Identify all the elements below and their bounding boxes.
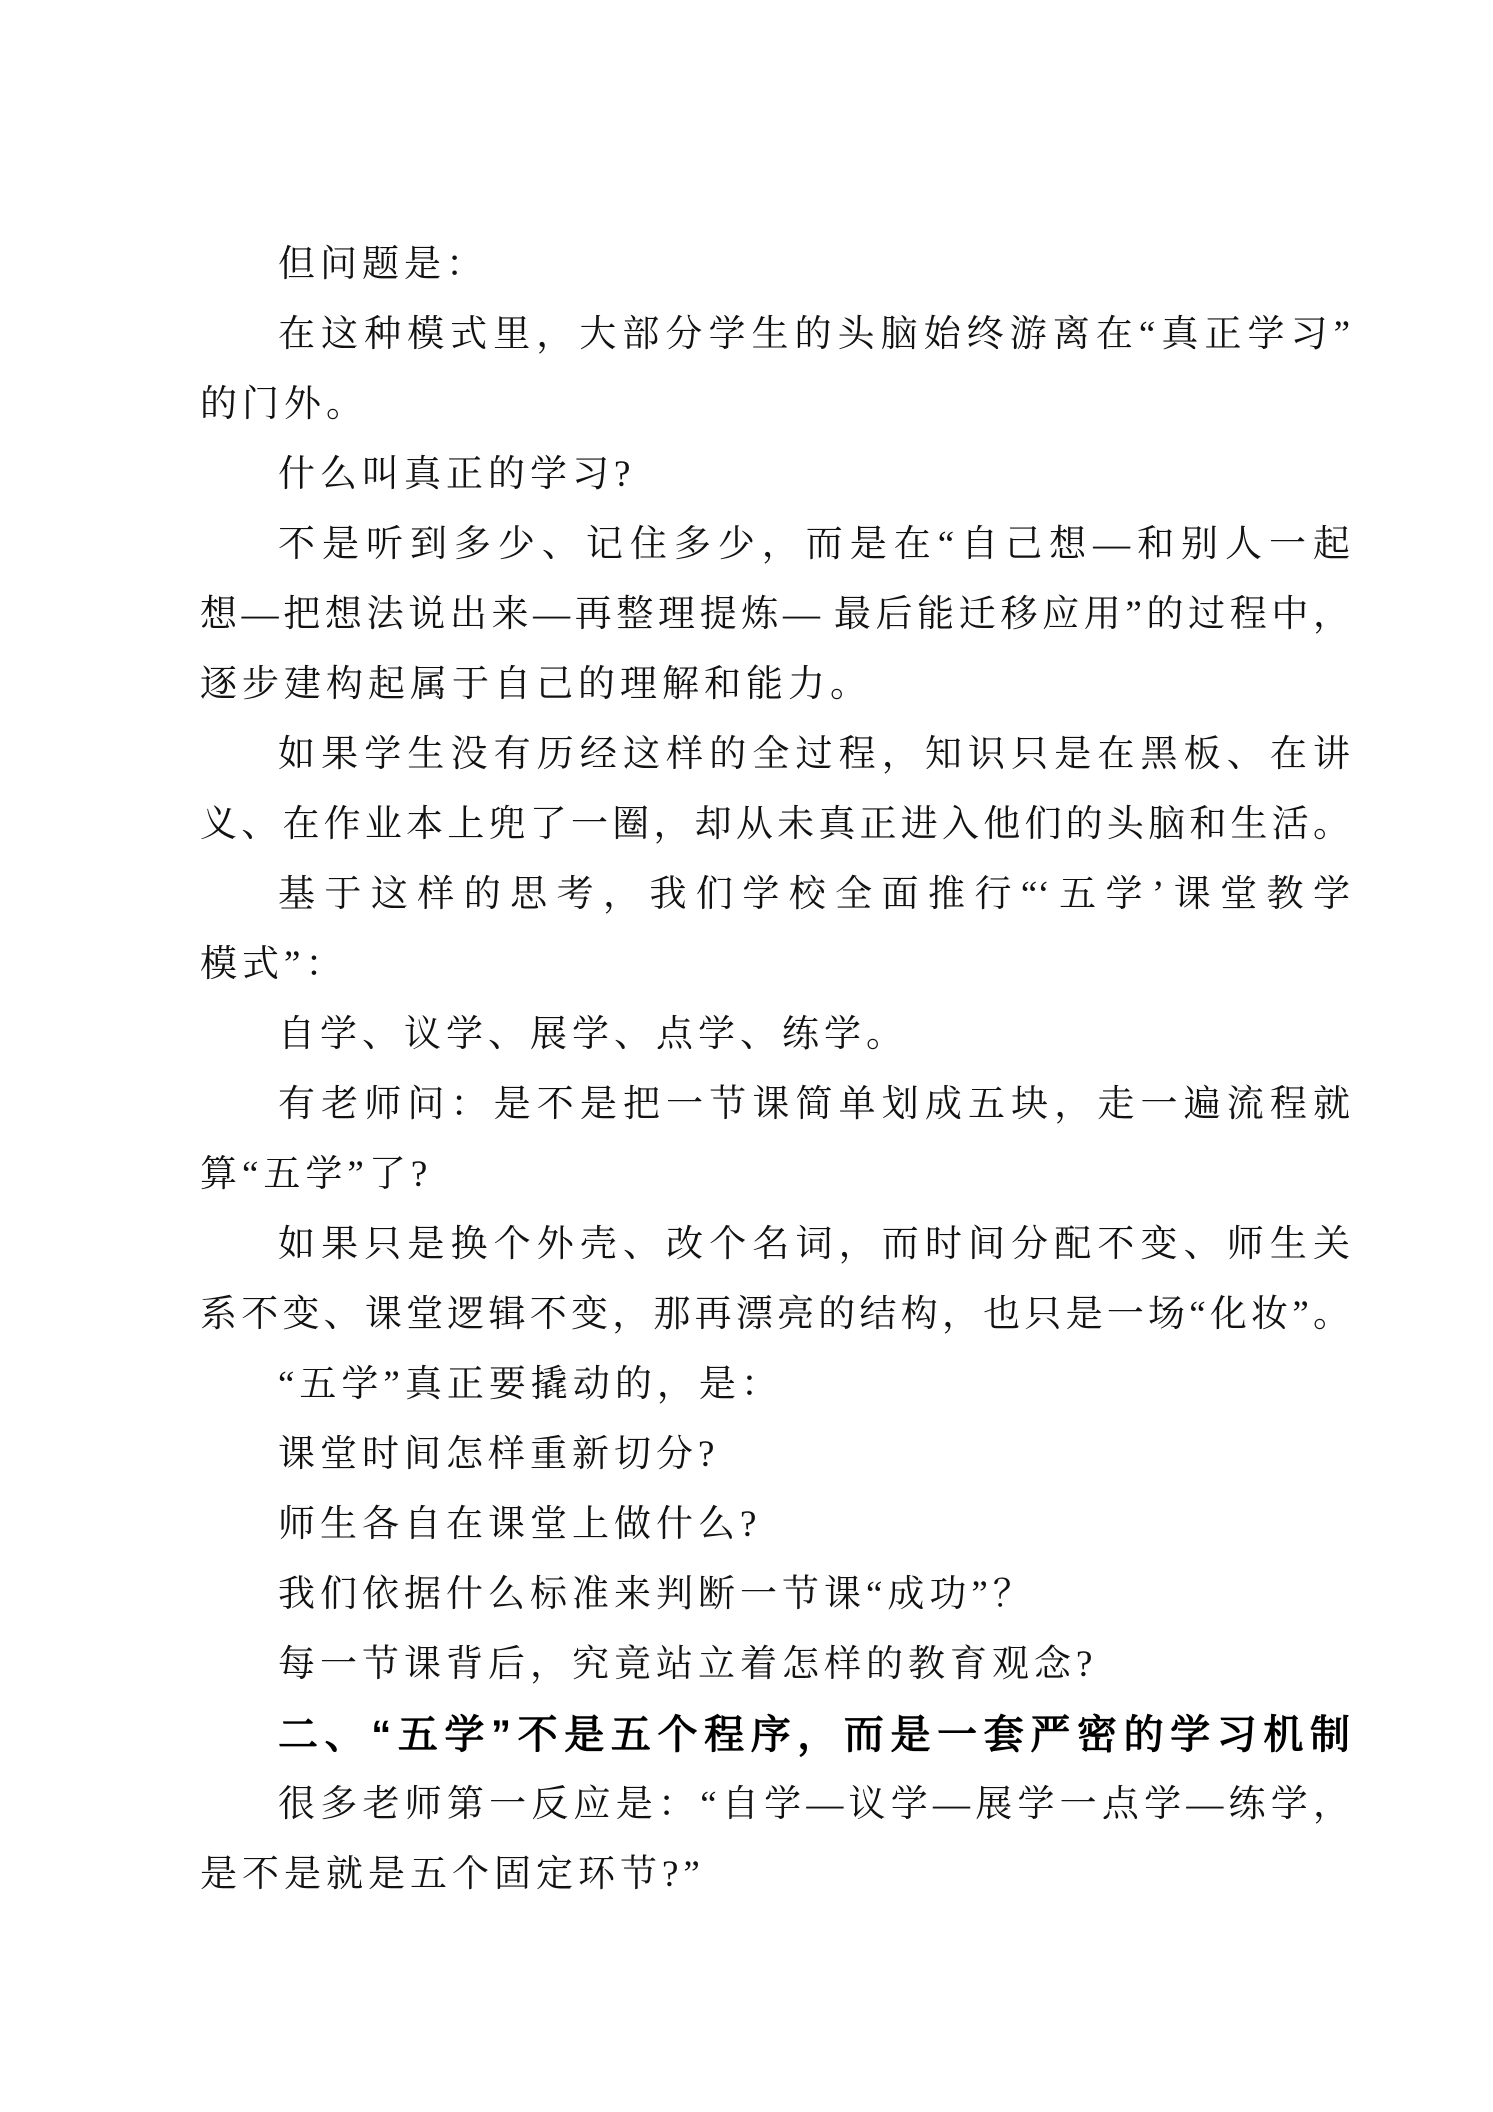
text-line: 有老师问：是不是把一节课简单划成五块，走一遍流程就 <box>200 1070 1350 1140</box>
text-line: 的门外。 <box>200 370 1350 440</box>
text-line: 想—把想法说出来—再整理提炼— 最后能迁移应用”的过程中， <box>200 580 1350 650</box>
text-line: 义、在作业本上兜了一圈，却从未真正进入他们的头脑和生活。 <box>200 790 1350 860</box>
section-heading: 二、“五学”不是五个程序，而是一套严密的学习机制 <box>200 1700 1350 1770</box>
text-line: 师生各自在课堂上做什么? <box>200 1490 1350 1560</box>
text-line: 课堂时间怎样重新切分? <box>200 1420 1350 1490</box>
text-line: 我们依据什么标准来判断一节课“成功”？ <box>200 1560 1350 1630</box>
text-line: 模式”： <box>200 930 1350 1000</box>
text-line: 每一节课背后，究竟站立着怎样的教育观念? <box>200 1630 1350 1700</box>
text-line: 系不变、课堂逻辑不变，那再漂亮的结构，也只是一场“化妆”。 <box>200 1280 1350 1350</box>
text-line: 基于这样的思考，我们学校全面推行“‘五学’课堂教学 <box>200 860 1350 930</box>
text-line: 在这种模式里，大部分学生的头脑始终游离在“真正学习” <box>200 300 1350 370</box>
text-line: 逐步建构起属于自己的理解和能力。 <box>200 650 1350 720</box>
document-page: 但问题是：在这种模式里，大部分学生的头脑始终游离在“真正学习”的门外。什么叫真正… <box>0 0 1493 2112</box>
text-line: 如果学生没有历经这样的全过程，知识只是在黑板、在讲 <box>200 720 1350 790</box>
text-line: “五学”真正要撬动的，是： <box>200 1350 1350 1420</box>
text-line: 如果只是换个外壳、改个名词，而时间分配不变、师生关 <box>200 1210 1350 1280</box>
text-line: 但问题是： <box>200 230 1350 300</box>
text-line: 算“五学”了? <box>200 1140 1350 1210</box>
text-line: 什么叫真正的学习? <box>200 440 1350 510</box>
text-line: 不是听到多少、记住多少，而是在“自己想—和别人一起 <box>200 510 1350 580</box>
text-line: 很多老师第一反应是：“自学—议学—展学一点学—练学， <box>200 1770 1350 1840</box>
document-body: 但问题是：在这种模式里，大部分学生的头脑始终游离在“真正学习”的门外。什么叫真正… <box>200 230 1350 1910</box>
text-line: 自学、议学、展学、点学、练学。 <box>200 1000 1350 1070</box>
text-line: 是不是就是五个固定环节?” <box>200 1840 1350 1910</box>
